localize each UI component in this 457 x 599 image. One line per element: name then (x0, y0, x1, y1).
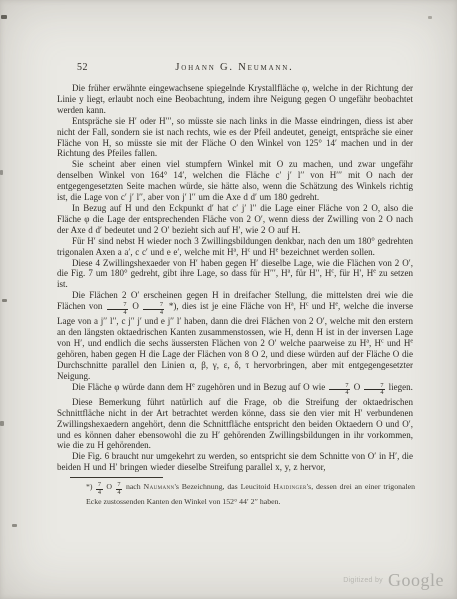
paragraph: Die Flächen 2 O′ erscheinen gegen H in d… (57, 290, 413, 381)
scan-artifact (0, 421, 4, 426)
scan-artifact (2, 299, 7, 302)
paragraph: Diese 4 Zwillingshexaeder von H′ haben g… (57, 258, 413, 291)
paragraph: In Bezug auf H und den Eckpunkt d′ hat c… (57, 203, 413, 236)
fraction: 74 (143, 302, 164, 316)
scan-artifact (1, 15, 7, 19)
paragraph: Entspräche sie H′ oder H′′′, so müsste s… (57, 116, 413, 160)
running-header: Johann G. Neumann. (57, 62, 412, 73)
footnote: *) 74 O 74 nach Naumann's Bezeichnung, d… (86, 481, 415, 507)
page-number: 52 (77, 62, 88, 73)
fraction: 74 (96, 482, 102, 496)
paragraph: Die früher erwähnte eingewachsene spiege… (57, 83, 413, 116)
page-header: 52 Johann G. Neumann. (57, 62, 412, 76)
book-page: 52 Johann G. Neumann. Die früher erwähnt… (0, 0, 457, 599)
text-block: Die früher erwähnte eingewachsene spiege… (57, 83, 413, 473)
scan-artifact (0, 170, 3, 175)
paragraph: Für H′ sind nebst H wieder noch 3 Zwilli… (57, 236, 413, 258)
fraction: 74 (329, 383, 350, 397)
scan-artifact (12, 524, 17, 527)
google-watermark: Digitized byGoogle (343, 570, 444, 591)
scan-artifact (428, 16, 432, 19)
fraction: 74 (364, 383, 385, 397)
paragraph: Diese Bemerkung führt natürlich auf die … (57, 397, 413, 452)
google-logo: Google (388, 570, 444, 590)
paragraph: Die Fig. 6 braucht nur umgekehrt zu werd… (57, 451, 413, 473)
watermark-prefix-label: Digitized by (343, 577, 383, 584)
paragraph: Die Fläche φ würde dann dem He zugehören… (57, 382, 413, 397)
footnote-rule (70, 477, 163, 478)
fraction: 74 (107, 302, 128, 316)
paragraph: Sie scheint aber einen viel stumpfern Wi… (57, 159, 413, 203)
fraction: 74 (116, 482, 122, 496)
